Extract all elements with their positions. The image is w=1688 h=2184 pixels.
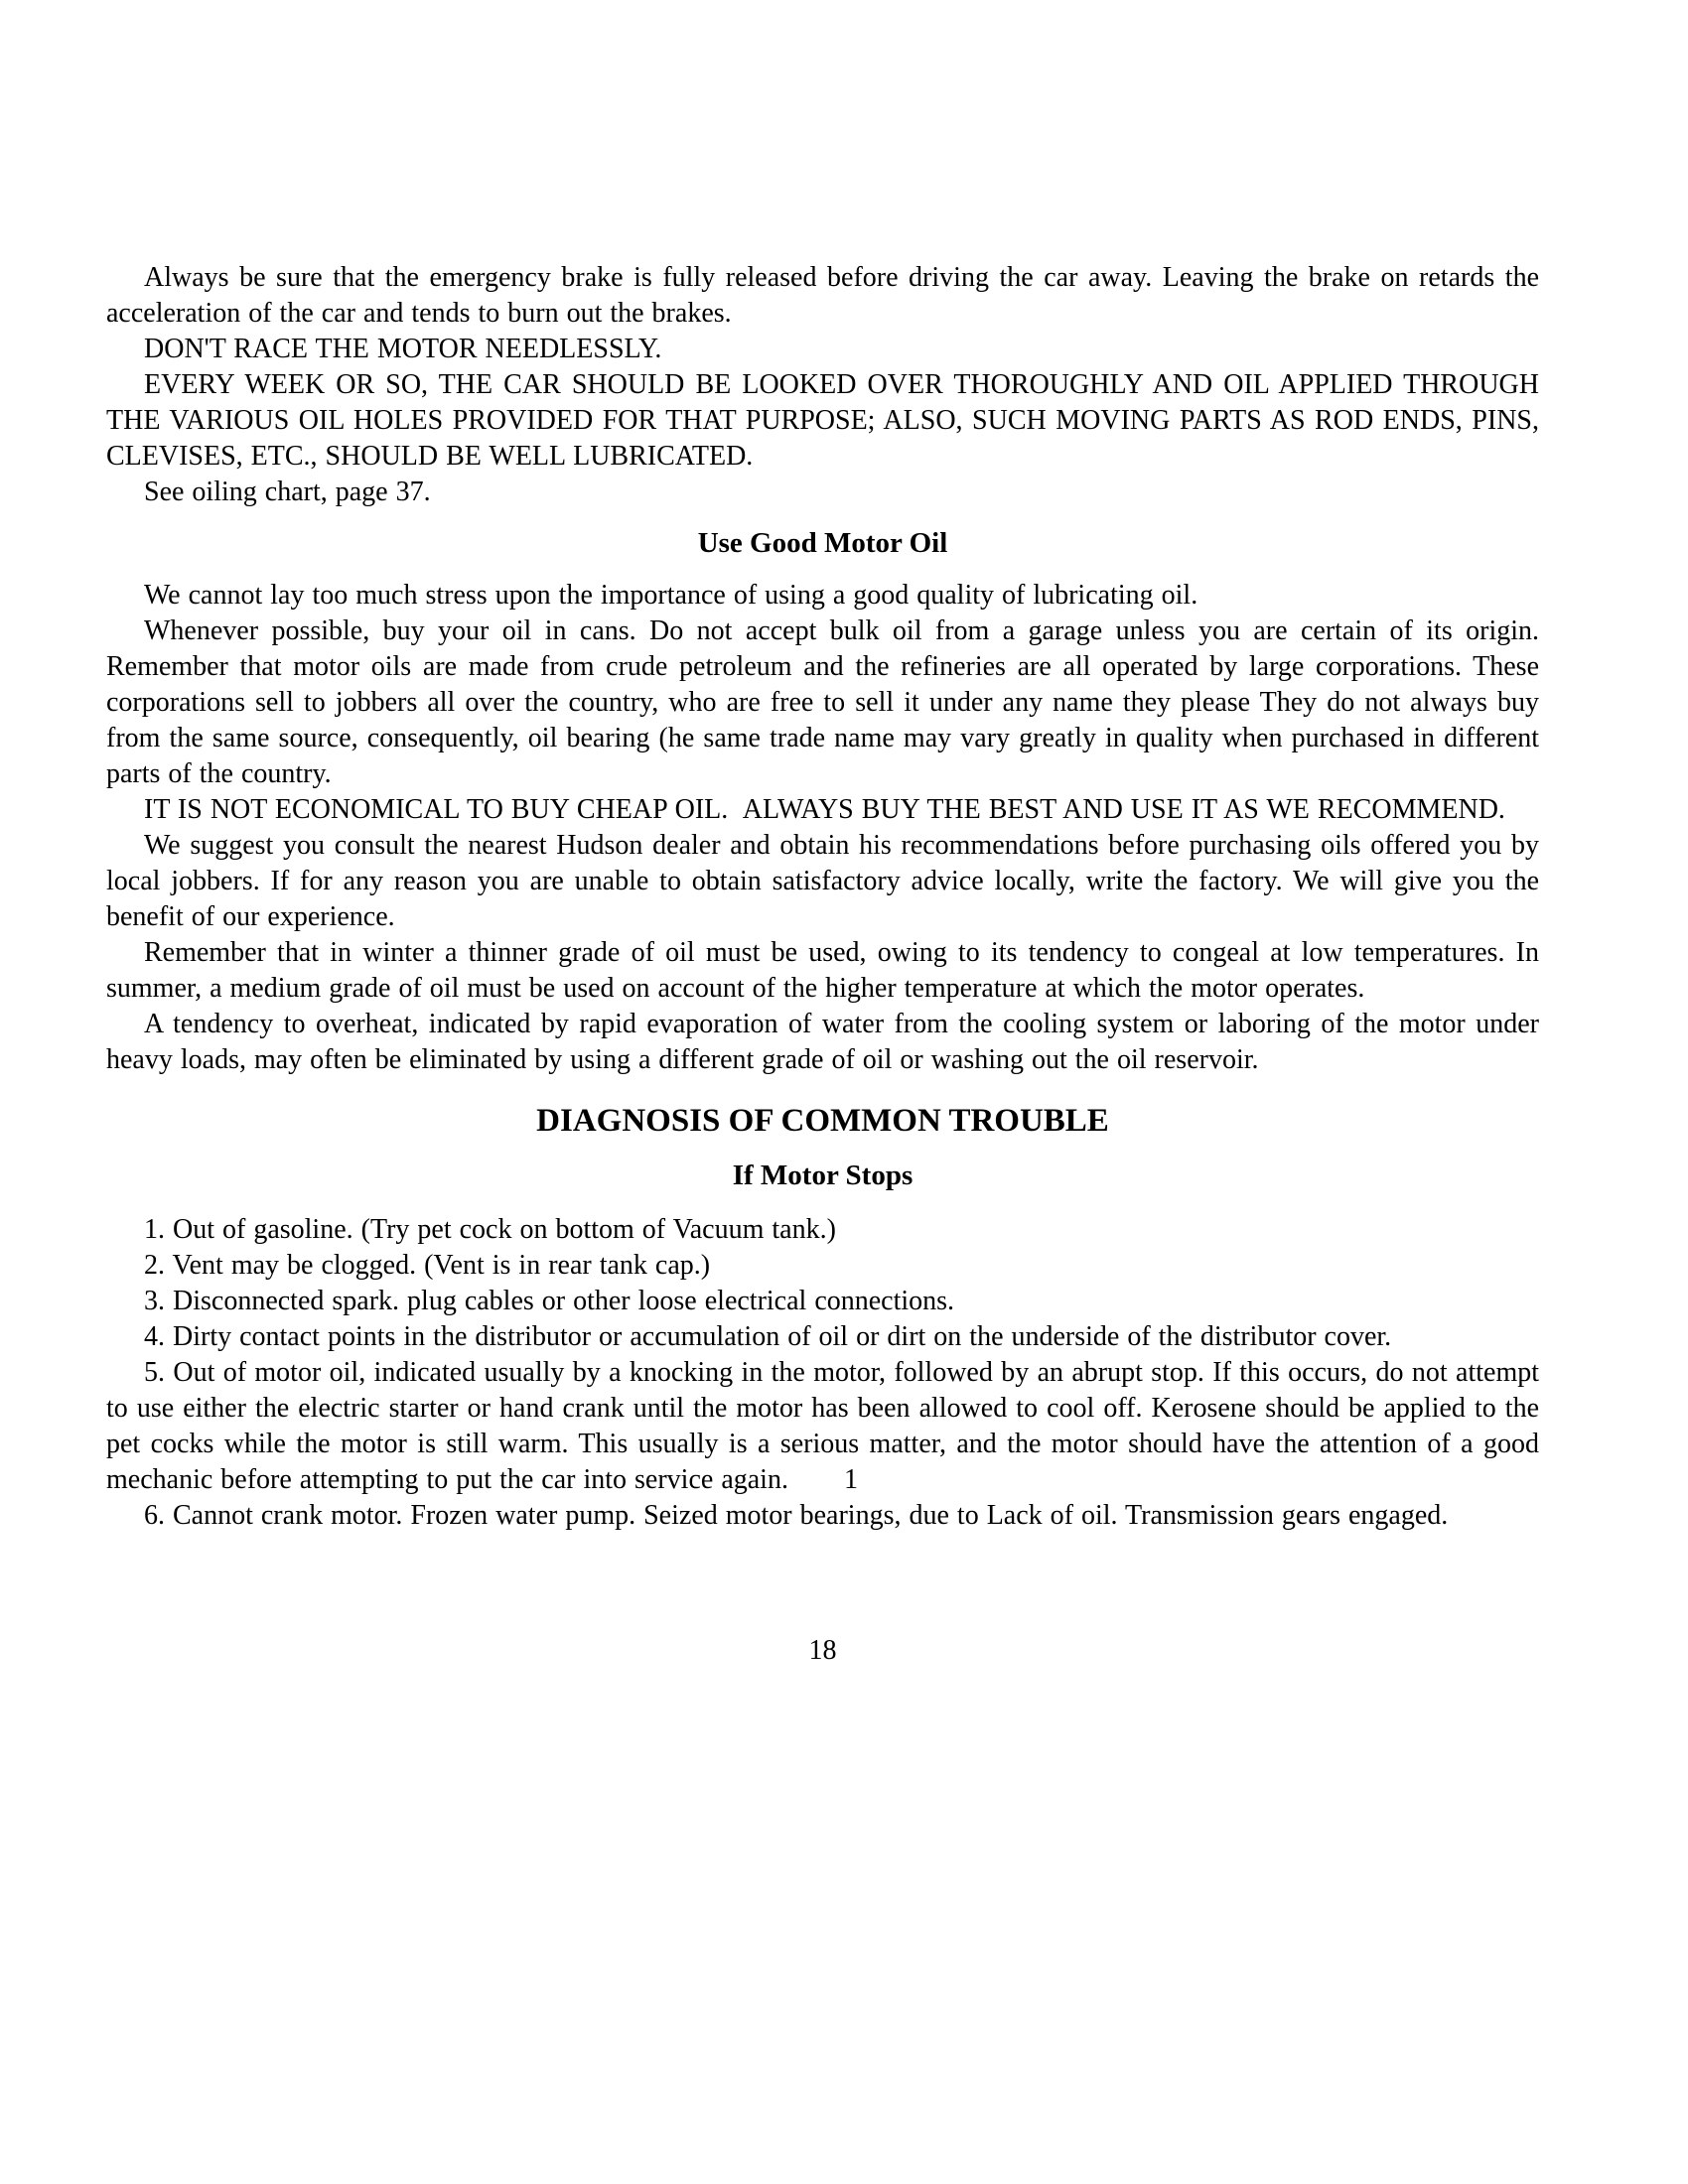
paragraph-buy-oil-in-cans: Whenever possible, buy your oil in cans.…: [106, 614, 1539, 792]
paragraph-oil-quality-stress: We cannot lay too much stress upon the i…: [106, 578, 1539, 614]
list-item-disconnected-spark-plug: 3. Disconnected spark. plug cables or ot…: [106, 1284, 1539, 1319]
section-heading-use-good-motor-oil: Use Good Motor Oil: [106, 525, 1539, 562]
paragraph-winter-summer-grades: Remember that in winter a thinner grade …: [106, 935, 1539, 1007]
section-heading-diagnosis-of-common-trouble: DIAGNOSIS OF COMMON TROUBLE: [106, 1101, 1539, 1142]
list-item-out-of-gasoline: 1. Out of gasoline. (Try pet cock on bot…: [106, 1212, 1539, 1248]
list-item-vent-clogged: 2. Vent may be clogged. (Vent is in rear…: [106, 1248, 1539, 1284]
paragraph-weekly-oiling: EVERY WEEK OR SO, THE CAR SHOULD BE LOOK…: [106, 367, 1539, 475]
page-number: 18: [106, 1633, 1539, 1669]
list-item-out-of-motor-oil: 5. Out of motor oil, indicated usually b…: [106, 1355, 1539, 1498]
paragraph-see-oiling-chart: See oiling chart, page 37.: [106, 475, 1539, 510]
paragraph-emergency-brake: Always be sure that the emergency brake …: [106, 260, 1539, 332]
subsection-heading-if-motor-stops: If Motor Stops: [106, 1158, 1539, 1194]
list-item-cannot-crank-motor: 6. Cannot crank motor. Frozen water pump…: [106, 1498, 1539, 1534]
list-item-dirty-contact-points: 4. Dirty contact points in the distribut…: [106, 1319, 1539, 1355]
paragraph-dont-race-motor: DON'T RACE THE MOTOR NEEDLESSLY.: [106, 332, 1539, 367]
document-page: Always be sure that the emergency brake …: [0, 0, 1688, 2184]
paragraph-not-economical-cheap-oil: IT IS NOT ECONOMICAL TO BUY CHEAP OIL. A…: [106, 792, 1539, 828]
paragraph-overheating-tendency: A tendency to overheat, indicated by rap…: [106, 1007, 1539, 1078]
paragraph-consult-hudson-dealer: We suggest you consult the nearest Hudso…: [106, 828, 1539, 935]
page-content: Always be sure that the emergency brake …: [106, 260, 1539, 1669]
